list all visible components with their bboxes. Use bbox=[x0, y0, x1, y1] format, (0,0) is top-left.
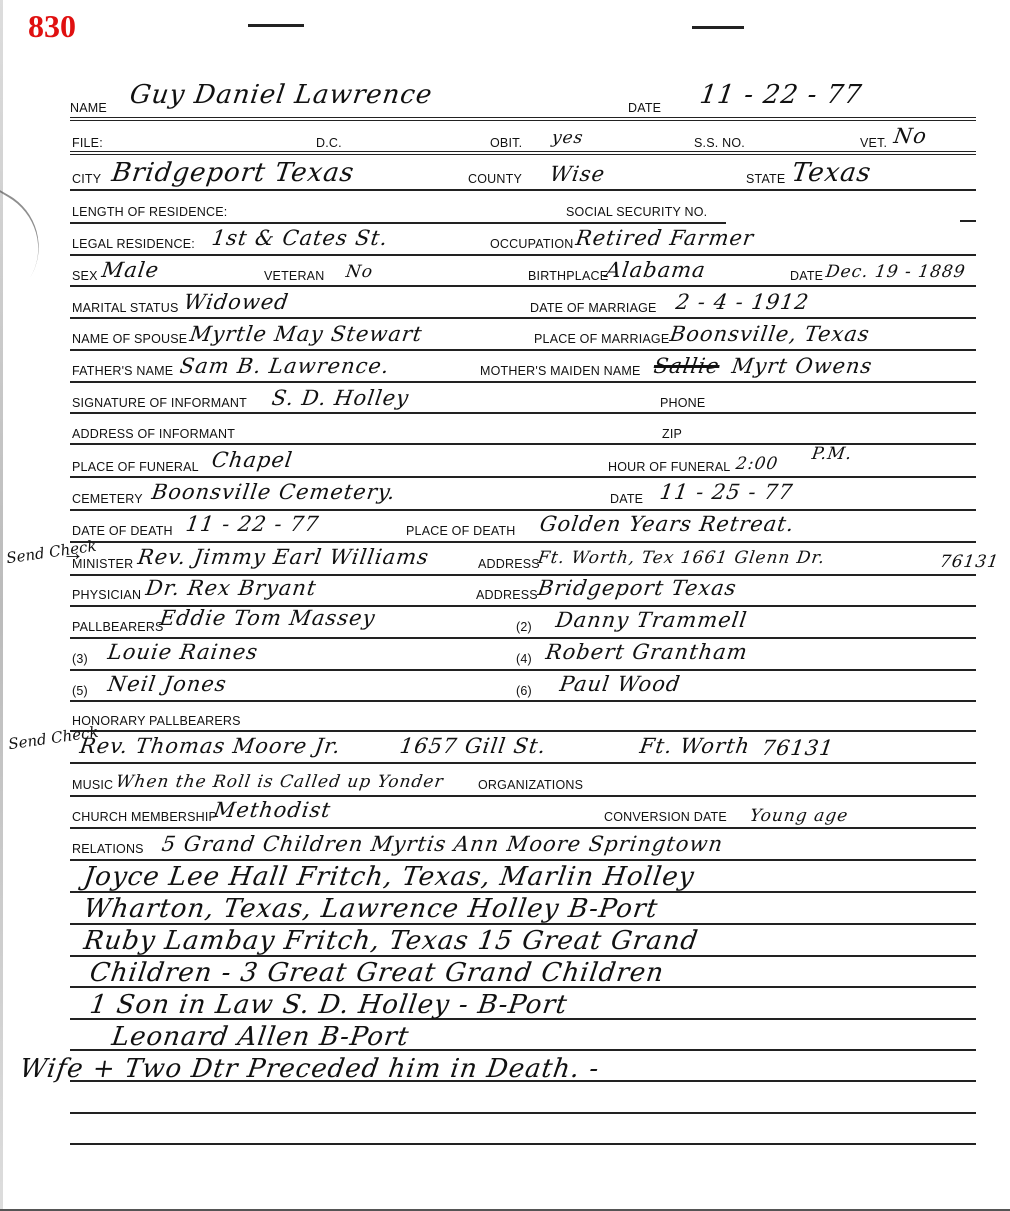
form-line bbox=[70, 700, 976, 702]
pallbearer-6-number: (6) bbox=[516, 684, 532, 698]
father-name-label: FATHER'S NAME bbox=[72, 364, 173, 378]
music-value: When the Roll is Called up Yonder bbox=[115, 772, 445, 792]
file-label: FILE: bbox=[72, 136, 103, 150]
marital-status-label: MARITAL STATUS bbox=[72, 301, 179, 315]
church-membership-value: Methodist bbox=[212, 798, 332, 822]
occupation-value: Retired Farmer bbox=[574, 226, 755, 250]
pallbearer-2-number: (2) bbox=[516, 620, 532, 634]
form-line bbox=[70, 1112, 976, 1114]
church-membership-label: CHURCH MEMBERSHIP bbox=[72, 810, 217, 824]
pallbearer-3: Louie Raines bbox=[106, 640, 260, 664]
date-of-death-value: 11 - 22 - 77 bbox=[184, 512, 320, 536]
pallbearer-5: Neil Jones bbox=[106, 672, 228, 696]
informant-signature-value: S. D. Holley bbox=[270, 386, 410, 410]
form-line bbox=[70, 795, 976, 797]
form-line bbox=[70, 254, 976, 256]
physician-label: PHYSICIAN bbox=[72, 588, 141, 602]
county-value: Wise bbox=[548, 162, 607, 186]
state-label: STATE bbox=[746, 172, 785, 186]
pallbearers-label: PALLBEARERS bbox=[72, 620, 164, 634]
pallbearer-4: Robert Grantham bbox=[544, 640, 749, 664]
place-of-marriage-value: Boonsville, Texas bbox=[668, 322, 871, 346]
minister-value: Rev. Jimmy Earl Williams bbox=[136, 545, 430, 569]
father-name-value: Sam B. Lawrence. bbox=[178, 354, 391, 378]
conversion-date-value: Young age bbox=[749, 806, 850, 826]
pallbearer-1: Eddie Tom Massey bbox=[158, 606, 377, 630]
paper-tear-mark bbox=[0, 190, 61, 287]
name-value: Guy Daniel Lawrence bbox=[128, 80, 435, 110]
form-line bbox=[70, 859, 976, 861]
form-line bbox=[70, 285, 976, 287]
form-line bbox=[70, 1143, 976, 1145]
spouse-value: Myrtle May Stewart bbox=[188, 322, 424, 346]
minister-label: MINISTER bbox=[72, 557, 133, 571]
scan-left-edge bbox=[0, 0, 3, 1211]
place-of-marriage-label: PLACE OF MARRIAGE bbox=[534, 332, 669, 346]
name-label: NAME bbox=[70, 101, 107, 115]
form-line bbox=[70, 762, 976, 764]
honorary-pallbearer-city: Ft. Worth bbox=[638, 734, 752, 758]
pallbearer-5-number: (5) bbox=[72, 684, 88, 698]
legal-residence-label: LEGAL RESIDENCE: bbox=[72, 237, 195, 251]
honorary-pallbearer-name: Rev. Thomas Moore Jr. bbox=[78, 734, 342, 758]
date-of-marriage-value: 2 - 4 - 1912 bbox=[674, 290, 810, 314]
place-of-funeral-label: PLACE OF FUNERAL bbox=[72, 460, 199, 474]
vet-value: No bbox=[892, 124, 928, 148]
page-number: 830 bbox=[28, 8, 76, 45]
funeral-date-label: DATE bbox=[610, 492, 643, 506]
hour-of-funeral-value: 2:00 bbox=[735, 454, 780, 474]
legal-residence-value: 1st & Cates St. bbox=[210, 226, 389, 250]
form-line bbox=[70, 669, 976, 671]
form-line bbox=[70, 317, 976, 319]
minister-zip-value: 76131 bbox=[939, 552, 1001, 572]
zip-label: ZIP bbox=[662, 427, 682, 441]
relations-label: RELATIONS bbox=[72, 842, 144, 856]
honorary-pallbearer-zip: 76131 bbox=[760, 736, 835, 760]
birth-date-label: DATE bbox=[790, 269, 823, 283]
top-dash-mark bbox=[248, 24, 304, 27]
form-line bbox=[70, 117, 976, 121]
dc-label: D.C. bbox=[316, 136, 342, 150]
informant-signature-label: SIGNATURE OF INFORMANT bbox=[72, 396, 247, 410]
funeral-date-value: 11 - 25 - 77 bbox=[658, 480, 794, 504]
relations-line: Wife + Two Dtr Preceded him in Death. - bbox=[18, 1054, 601, 1084]
place-of-funeral-value: Chapel bbox=[210, 448, 294, 472]
organizations-label: ORGANIZATIONS bbox=[478, 778, 583, 792]
sex-label: SEX bbox=[72, 269, 98, 283]
city-label: CITY bbox=[72, 172, 101, 186]
form-line bbox=[70, 476, 976, 478]
form-line bbox=[70, 541, 976, 543]
ss-no-label: S.S. NO. bbox=[694, 136, 745, 150]
date-of-marriage-label: DATE OF MARRIAGE bbox=[530, 301, 657, 315]
mother-maiden-name-value: Myrt Owens bbox=[730, 354, 874, 378]
city-value: Bridgeport Texas bbox=[110, 158, 356, 188]
form-line bbox=[70, 412, 976, 414]
honorary-pallbearer-address: 1657 Gill St. bbox=[398, 734, 548, 758]
birthplace-label: BIRTHPLACE bbox=[528, 269, 608, 283]
birth-date-value: Dec. 19 - 1889 bbox=[825, 262, 967, 282]
form-line bbox=[70, 349, 976, 351]
birthplace-value: Alabama bbox=[604, 258, 707, 282]
minister-address-label: ADDRESS bbox=[478, 557, 540, 571]
relations-line: Children - 3 Great Great Grand Children bbox=[88, 958, 666, 988]
pallbearer-2: Danny Trammell bbox=[554, 608, 749, 632]
relations-line: Ruby Lambay Fritch, Texas 15 Great Grand bbox=[82, 926, 700, 956]
form-line bbox=[70, 189, 976, 191]
cemetery-label: CEMETERY bbox=[72, 492, 143, 506]
obit-value: yes bbox=[551, 128, 585, 148]
phone-label: PHONE bbox=[660, 396, 705, 410]
pallbearer-6: Paul Wood bbox=[558, 672, 682, 696]
music-label: MUSIC bbox=[72, 778, 113, 792]
place-of-death-label: PLACE OF DEATH bbox=[406, 524, 516, 538]
form-line bbox=[70, 509, 976, 511]
length-of-residence-label: LENGTH OF RESIDENCE: bbox=[72, 205, 227, 219]
hour-suffix: P.M. bbox=[811, 444, 854, 464]
physician-address-value: Bridgeport Texas bbox=[536, 576, 738, 600]
informant-address-label: ADDRESS OF INFORMANT bbox=[72, 427, 235, 441]
minister-address-value: Ft. Worth, Tex 1661 Glenn Dr. bbox=[537, 548, 827, 568]
date-value: 11 - 22 - 77 bbox=[698, 80, 864, 110]
pallbearer-4-number: (4) bbox=[516, 652, 532, 666]
ssn-underline bbox=[566, 222, 726, 224]
vet-label: VET. bbox=[860, 136, 887, 150]
form-line bbox=[70, 381, 976, 383]
cemetery-value: Boonsville Cemetery. bbox=[150, 480, 397, 504]
mother-struck-name: Sallie bbox=[652, 354, 721, 378]
conversion-date-label: CONVERSION DATE bbox=[604, 810, 727, 824]
physician-value: Dr. Rex Bryant bbox=[144, 576, 318, 600]
marital-status-value: Widowed bbox=[182, 290, 290, 314]
relations-line: 1 Son in Law S. D. Holley - B-Port bbox=[88, 990, 570, 1020]
date-of-death-label: DATE OF DEATH bbox=[72, 524, 173, 538]
hour-of-funeral-label: HOUR OF FUNERAL bbox=[608, 460, 730, 474]
form-line bbox=[70, 637, 976, 639]
top-dash-mark bbox=[692, 26, 744, 29]
relations-line: 5 Grand Children Myrtis Ann Moore Spring… bbox=[160, 832, 724, 856]
state-value: Texas bbox=[790, 158, 873, 188]
date-label: DATE bbox=[628, 101, 661, 115]
relations-line: Wharton, Texas, Lawrence Holley B-Port bbox=[82, 894, 660, 924]
veteran-label: VETERAN bbox=[264, 269, 324, 283]
physician-address-label: ADDRESS bbox=[476, 588, 538, 602]
county-label: COUNTY bbox=[468, 172, 522, 186]
social-security-label: SOCIAL SECURITY NO. bbox=[566, 205, 707, 219]
dash-mark bbox=[960, 220, 976, 222]
sex-value: Male bbox=[100, 258, 161, 282]
form-line bbox=[70, 730, 976, 732]
mother-maiden-name-label: MOTHER'S MAIDEN NAME bbox=[480, 364, 641, 378]
relations-line: Leonard Allen B-Port bbox=[110, 1022, 411, 1052]
veteran-value: No bbox=[345, 262, 375, 282]
form-line bbox=[70, 827, 976, 829]
occupation-label: OCCUPATION bbox=[490, 237, 573, 251]
form-line bbox=[70, 151, 976, 155]
spouse-label: NAME OF SPOUSE bbox=[72, 332, 187, 346]
pallbearer-3-number: (3) bbox=[72, 652, 88, 666]
place-of-death-value: Golden Years Retreat. bbox=[538, 512, 796, 536]
relations-line: Joyce Lee Hall Fritch, Texas, Marlin Hol… bbox=[82, 862, 697, 892]
obit-label: OBIT. bbox=[490, 136, 522, 150]
